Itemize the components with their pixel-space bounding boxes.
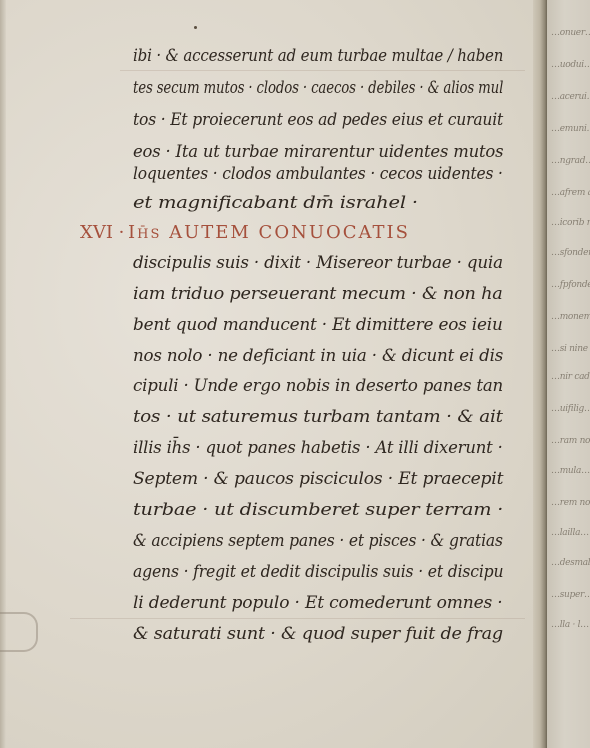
text-line: loquentes · clodos ambulantes · cecos ui… xyxy=(133,164,503,184)
facing-text: …ram no… xyxy=(551,436,590,446)
text-line: tos · Et proiecerunt eos ad pedes eius e… xyxy=(133,110,503,130)
text-line: bent quod manducent · Et dimittere eos i… xyxy=(133,315,503,335)
ink-dot xyxy=(194,26,197,29)
text-line: et magnificabant dm̄ israhel · xyxy=(133,193,418,213)
text-line: discipulis suis · dixit · Misereor turba… xyxy=(133,253,503,273)
facing-text: …mula… xyxy=(551,466,590,476)
text-line: & saturati sunt · & quod super fuit de f… xyxy=(133,624,503,644)
facing-text: …desmal… xyxy=(551,558,590,568)
text-line: tes secum mutos · clodos · caecos · debi… xyxy=(133,78,503,98)
text-line: nos nolo · ne deficiant in uia · & dicun… xyxy=(133,346,503,366)
facing-text: …emuni… xyxy=(551,124,590,134)
clip-mark xyxy=(0,612,38,652)
facing-text: …onuer… xyxy=(551,28,590,38)
text-line: li dederunt populo · Et comederunt omnes… xyxy=(133,593,503,613)
text-line: turbae · ut discumberet super terram · xyxy=(133,500,503,520)
binding-gutter xyxy=(533,0,547,748)
facing-text: …afrem adi… xyxy=(551,188,590,198)
text-line: tos · ut saturemus turbam tantam · & ait xyxy=(133,407,503,427)
ruling-line xyxy=(70,618,525,619)
text-line: cipuli · Unde ergo nobis in deserto pane… xyxy=(133,376,503,396)
facing-text: …sfonderi… xyxy=(551,248,590,258)
facing-text: …uodui… xyxy=(551,60,590,70)
text-line: eos · Ita ut turbae mirarentur uidentes … xyxy=(133,142,503,162)
facing-text: …monem… xyxy=(551,312,590,322)
text-line: ibi · & accesserunt ad eum turbae multae… xyxy=(133,46,503,66)
facing-text: …icorib r… xyxy=(551,218,590,228)
facing-text: …si nine h… xyxy=(551,344,590,354)
text-line: illis ih̄s · quot panes habetis · At ill… xyxy=(133,438,503,458)
facing-page: …onuer… …uodui… …acerui… …emuni… …ngrad…… xyxy=(547,0,590,748)
facing-text: …rem no… xyxy=(551,498,590,508)
facing-text: …acerui… xyxy=(551,92,590,102)
facing-text: …nir cad… xyxy=(551,372,590,382)
facing-text: …super… xyxy=(551,590,590,600)
text-line: iam triduo perseuerant mecum · & non ha xyxy=(133,284,503,304)
facing-text: …fpfonden… xyxy=(551,280,590,290)
ruling-line xyxy=(120,70,525,71)
facing-text: …ngrad… xyxy=(551,156,590,166)
text-line: Septem · & paucos pisciculos · Et praece… xyxy=(133,469,503,489)
manuscript-page: ibi · & accesserunt ad eum turbae multae… xyxy=(0,0,545,748)
text-line: & accipiens septem panes · et pisces · &… xyxy=(133,531,503,551)
facing-text: …lailla… xyxy=(551,528,589,538)
rubric-heading: Ih̄s AUTEM CONUOCATIS xyxy=(128,222,410,243)
facing-text: …lla · l… xyxy=(551,620,589,630)
text-line: agens · fregit et dedit discipulis suis … xyxy=(133,562,503,582)
facing-text: …uifilig… xyxy=(551,404,590,414)
chapter-number: XVI · xyxy=(80,222,124,243)
